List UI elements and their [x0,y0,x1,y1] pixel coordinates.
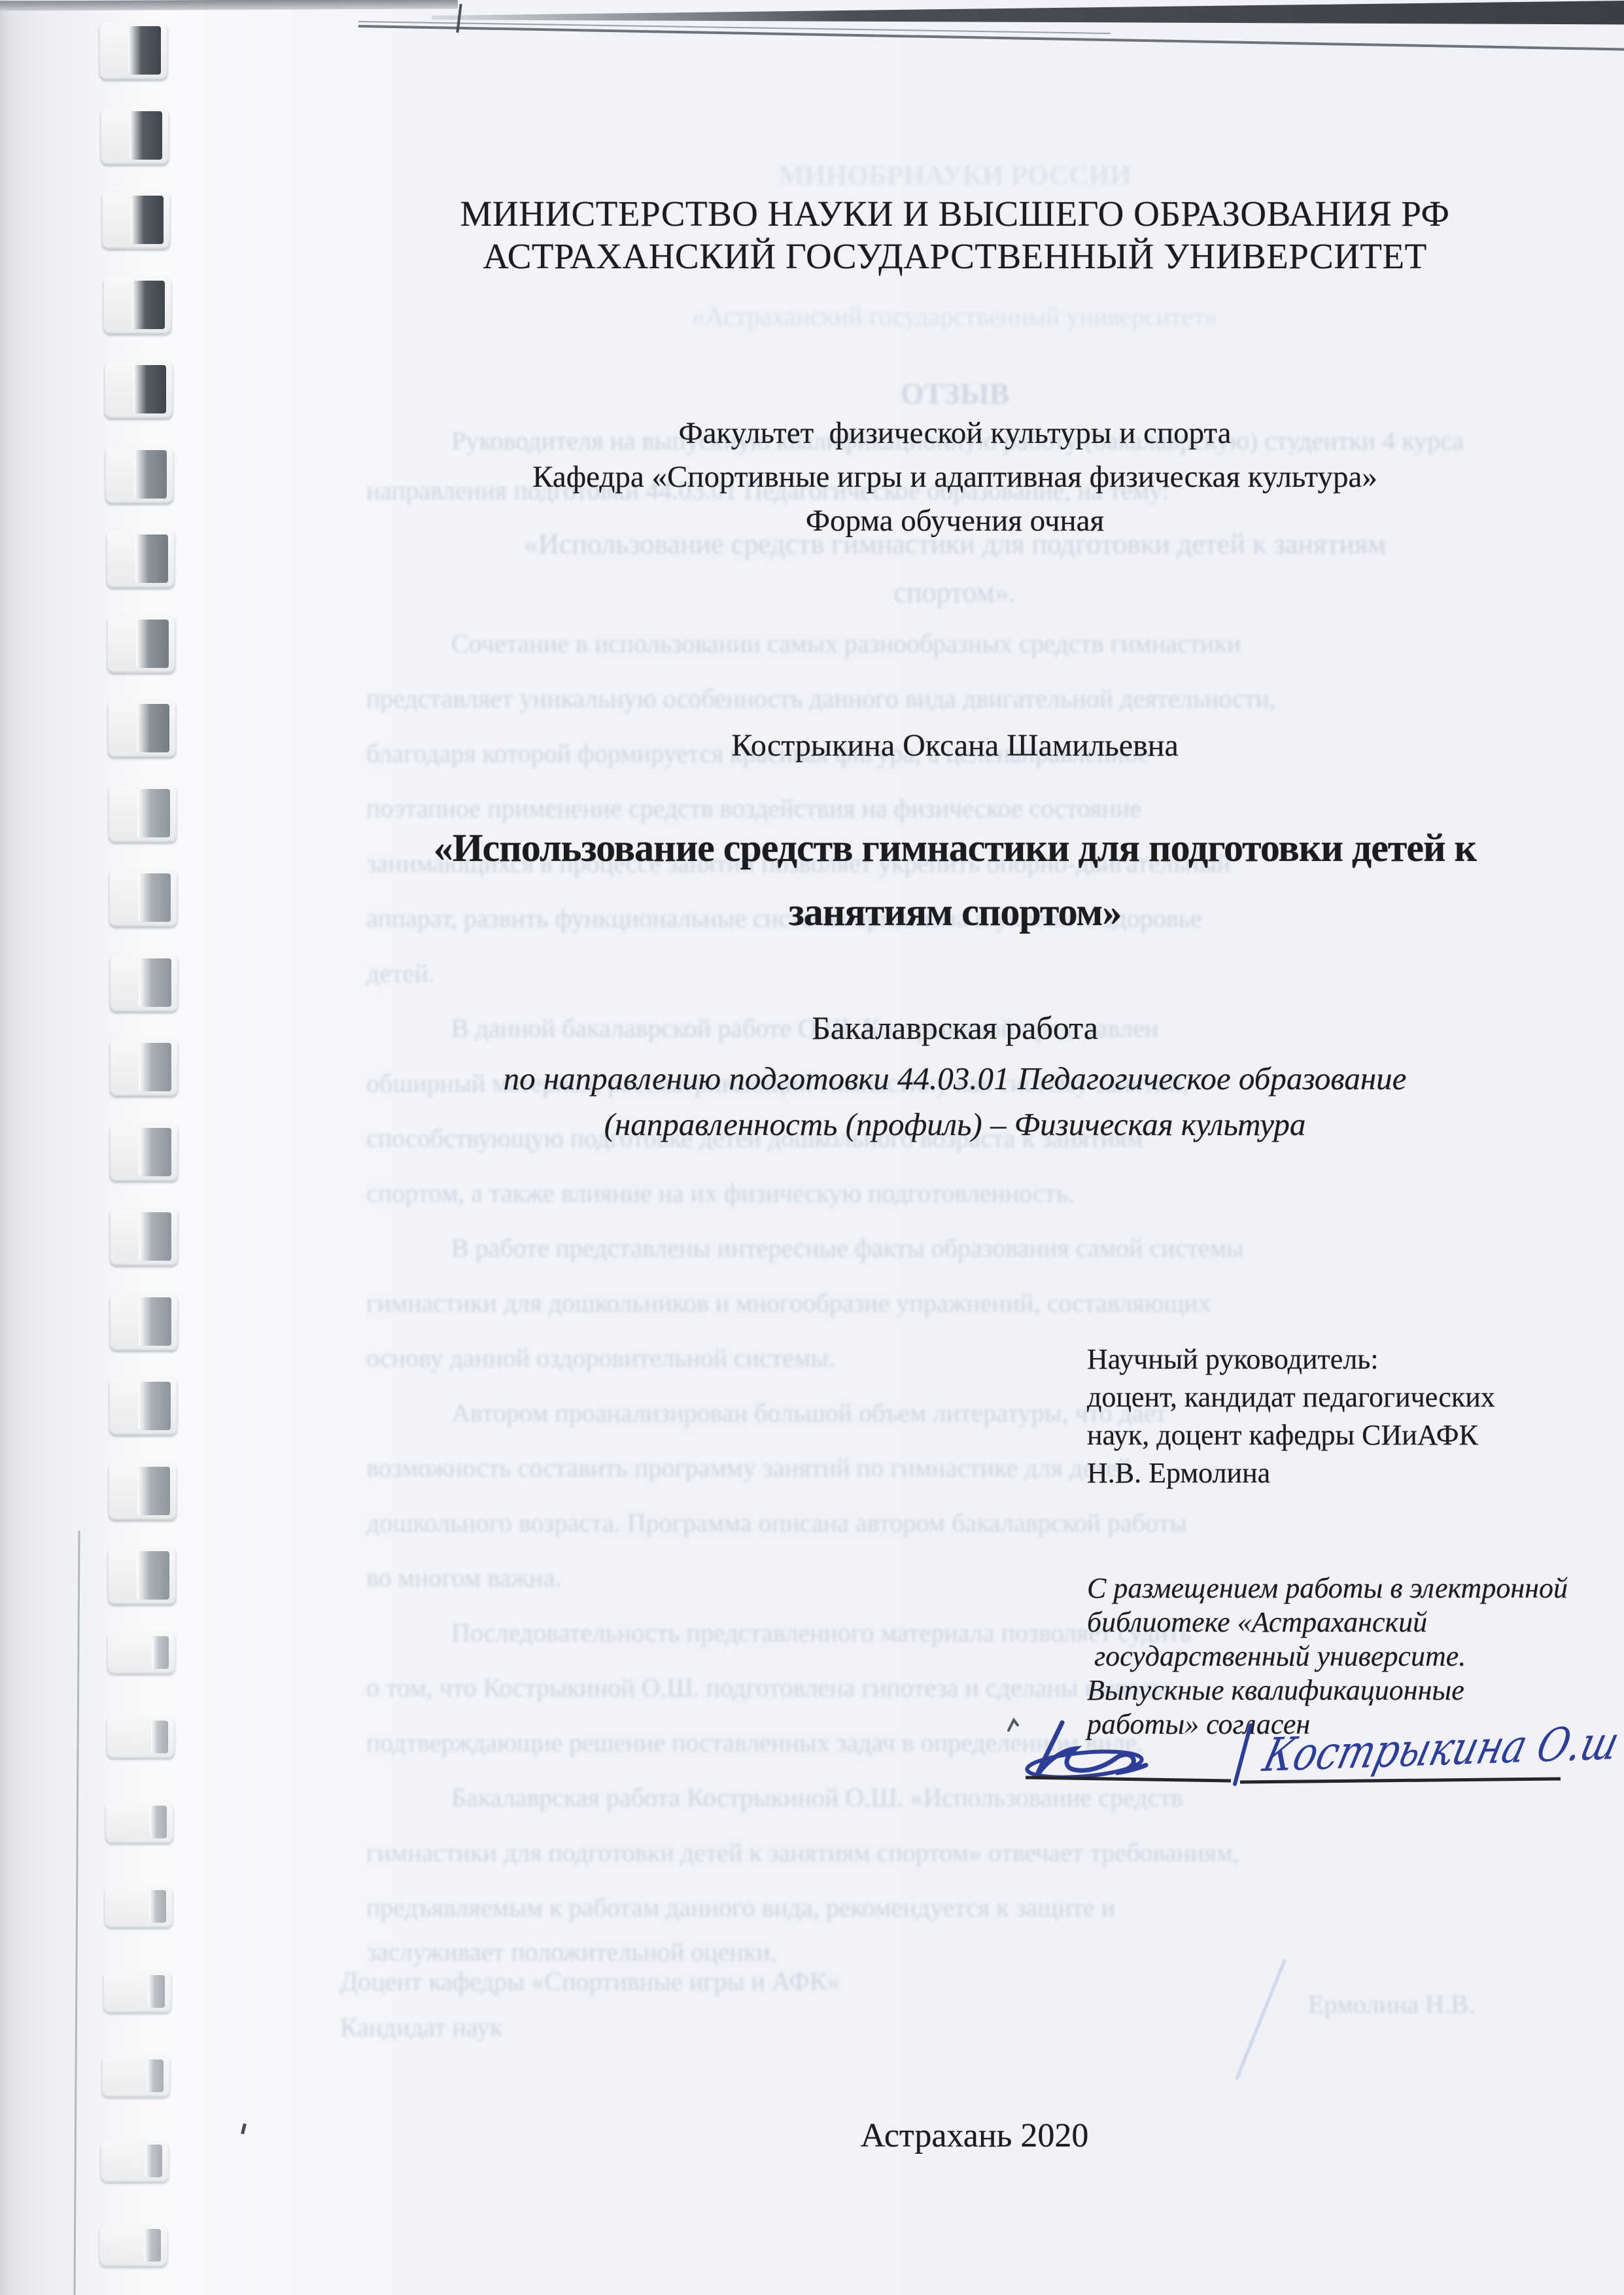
binding-tooth-shadow [138,873,171,922]
signature-slash [1235,1725,1251,1784]
binding-hole [99,22,167,80]
binding-hole [110,1039,178,1096]
binding-tooth-shadow [133,365,166,413]
binding-hole [107,531,175,588]
binding-hole [110,955,178,1012]
binding-tooth-shadow [135,534,168,583]
binding-hole [110,1208,178,1266]
bleedthrough-line: Автором проанализирован большой объем ли… [451,1397,1167,1428]
binding-tooth-shadow [147,2059,164,2092]
pen-check-mark [1009,1720,1018,1730]
consent-line-3: государственный университе. [1087,1639,1623,1673]
binding-tooth-shadow [139,1212,171,1261]
binding-tooth-shadow [149,1890,166,1923]
binding-tooth-shadow [128,26,161,75]
city-year: Астрахань 2020 [301,2116,1624,2155]
binding-hole [110,1124,178,1182]
binding-tooth-shadow [134,450,167,499]
binding-hole [105,1802,173,1844]
binding-hole [107,1632,175,1674]
bleedthrough-line: «Астраханский государственный университе… [281,301,1624,332]
bleedthrough-line: поэтапное применение средств воздействия… [366,793,1141,824]
consent-line-4: Выпускные квалификационные [1087,1673,1623,1707]
scanned-page: МИНОБРНАУКИ РОССИИ«Астраханский государс… [0,0,1624,2295]
binding-hole [109,785,177,843]
signature-underline-left [1026,1778,1231,1781]
bleedthrough-line: Последовательность представленного матер… [451,1617,1192,1648]
binding-tooth-shadow [137,1551,169,1600]
binding-hole [102,2056,170,2097]
work-type: Бакалаврская работа [281,1009,1624,1047]
binding-hole [107,1717,175,1759]
binding-hole [110,1293,178,1351]
bleedthrough-line: предъявляемым к работам данного вида, ре… [366,1892,1115,1923]
bleedthrough-line: Ермолина Н.В. [1308,1989,1475,2020]
bleedthrough-line: В работе представлены интересные факты о… [451,1233,1244,1263]
binding-hole [102,192,170,249]
binding-tooth-shadow [132,281,165,329]
university-line: АСТРАХАНСКИЙ ГОСУДАРСТВЕННЫЙ УНИВЕРСИТЕТ [281,236,1624,277]
binding-tooth-shadow [144,2229,161,2262]
binding-tooth-shadow [136,620,169,668]
binding-tooth-shadow [137,1467,170,1515]
bleedthrough-line: дошкольного возраста. Программа описана … [366,1507,1187,1538]
bleedthrough-line: о том, что Кострыкиной О.Ш. подготовлена… [366,1672,1177,1703]
bleedthrough-line: спортом, а также влияние на их физическу… [366,1178,1075,1208]
binding-tooth-shadow [131,196,164,244]
signature-block: Кострыкина О.ш [1007,1711,1624,1802]
binding-tooth-shadow [138,1382,171,1430]
binding-tooth-shadow [152,1636,169,1669]
bleedthrough-line: гимнастики для подготовки детей к заняти… [366,1837,1239,1868]
supervisor-heading: Научный руководитель: [1087,1342,1610,1376]
binding-tooth-shadow [148,1975,165,2008]
bleedthrough-line: основу данной оздоровительной системы. [366,1342,835,1373]
bleedthrough-line: Кандидат наук [340,2012,502,2042]
consent-line-2: библиотеке «Астраханский [1087,1605,1623,1639]
binding-tooth-shadow [139,958,171,1007]
handwritten-signature: Кострыкина О.ш [1257,1716,1624,1782]
binding-hole [105,446,173,504]
binding-tooth-shadow [151,1721,168,1753]
binding-hole [103,277,171,334]
consent-line-1: С размещением работы в электронной [1087,1571,1623,1605]
page-fold-edge [73,1531,80,2295]
author-name: Кострыкина Оксана Шамильевна [281,727,1624,763]
binding-tooth-shadow [139,1043,171,1091]
thesis-title-line-1: «Использование средств гимнастики для по… [281,826,1624,871]
binding-tooth-shadow [150,1806,167,1838]
department-line: Кафедра «Спортивные игры и адаптивная фи… [281,459,1624,495]
binding-hole [109,869,177,927]
binding-tooth-shadow [137,704,169,752]
binding-tooth-shadow [139,1297,171,1346]
work-profile: (направленность (профиль) – Физическая к… [281,1106,1624,1143]
faculty-line: Факультет физической культуры и спорта [281,415,1624,451]
binding-tooth-shadow [130,111,162,160]
bleedthrough-line: заслуживает положительной оценки. [366,1936,777,1967]
scan-speck [241,2124,247,2135]
bleedthrough-pen-stroke [1235,1959,1287,2080]
bleedthrough-line: Сочетание в использовании самых разнообр… [451,628,1241,659]
study-form-line: Форма обучения очная [281,503,1624,538]
bleedthrough-line: возможность составить программу занятий … [366,1452,1132,1483]
bleedthrough-line: гимнастики для дошкольников и многообраз… [366,1288,1211,1318]
binding-hole [101,2141,169,2182]
binding-hole [101,107,169,165]
bleedthrough-line: спортом». [281,576,1624,609]
bleedthrough-line: МИНОБРНАУКИ РОССИИ [281,160,1624,192]
binding-hole [105,1886,173,1928]
bleedthrough-line: детей. [366,958,435,989]
work-direction: по направлению подготовки 44.03.01 Педаг… [281,1060,1624,1097]
binding-hole [108,1547,176,1605]
supervisor-degree-line-2: наук, доцент кафедры СИиАФК [1087,1418,1610,1452]
binding-tooth-shadow [137,789,170,837]
bleedthrough-line: представляет уникальную особенность данн… [366,683,1276,714]
binding-hole [99,2225,167,2267]
bleedthrough-line: во многом важна. [366,1562,561,1593]
scan-edge-strip [0,0,458,11]
page-under-edge-line [358,25,1624,51]
bleedthrough-line: ОТЗЫВ [281,376,1624,411]
binding-tooth-shadow [145,2145,162,2177]
binding-hole [109,1463,177,1520]
binding-hole [108,700,176,758]
ministry-line: МИНИСТЕРСТВО НАУКИ И ВЫСШЕГО ОБРАЗОВАНИЯ… [281,193,1624,234]
bleedthrough-line: Доцент кафедры «Спортивные игры и АФК» [340,1966,840,1997]
thesis-title-line-2: занятиям спортом» [281,890,1624,935]
binding-hole [107,616,175,673]
supervisor-degree-line-1: доцент, кандидат педагогических [1087,1380,1610,1414]
binding-tooth-shadow [139,1128,171,1176]
supervisor-name: Н.В. Ермолина [1087,1456,1610,1490]
binding-hole [109,1378,177,1435]
binding-hole [103,1971,171,2013]
binding-hole [105,361,173,419]
